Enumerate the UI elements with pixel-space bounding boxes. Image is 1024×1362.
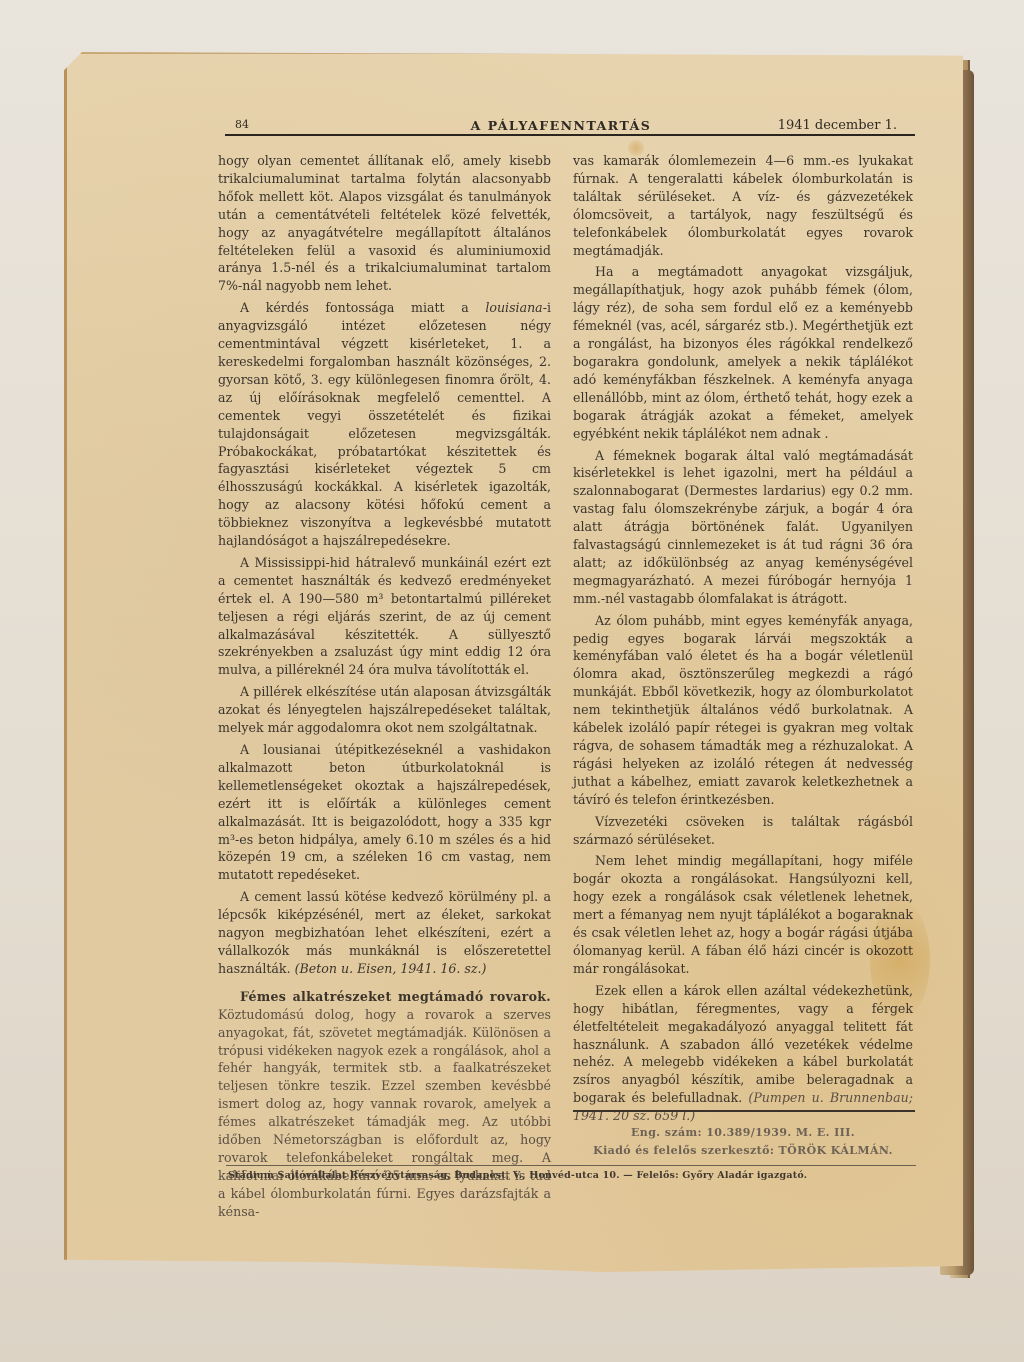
paragraph: vas kamarák ólomlemezein 4—6 mm.-es lyuk… [573, 152, 913, 259]
imprint: Eng. szám: 10.389/1939. M. E. III. Kiadó… [573, 1124, 913, 1160]
paragraph: Az ólom puhább, mint egyes keményfák any… [573, 612, 913, 809]
paragraph-text: Ezek ellen a károk ellen azáltal védekez… [573, 983, 913, 1105]
paragraph: A lousianai útépitkezéseknél a vashidako… [218, 741, 551, 884]
right-column: vas kamarák ólomlemezein 4—6 mm.-es lyuk… [573, 152, 913, 1129]
paragraph: A pillérek elkészítése után alaposan átv… [218, 683, 551, 737]
paragraph: A kérdés fontossága miatt a louisiana-i … [218, 299, 551, 550]
paragraph: A Mississippi-hid hátralevő munkáinál ez… [218, 554, 551, 679]
paragraph: Vízvezetéki csöveken is találtak rágásbó… [573, 813, 913, 849]
paragraph: Ha a megtámadott anyagokat vizsgáljuk, m… [573, 263, 913, 442]
citation: (Beton u. Eisen, 1941. 16. sz.) [295, 961, 487, 976]
issue-date: 1941 december 1. [778, 118, 897, 133]
imprint-rule [573, 1110, 915, 1112]
paragraph: Ezek ellen a károk ellen azáltal védekez… [573, 982, 913, 1125]
paragraph-text: A kérdés fontossága miatt a [240, 300, 485, 315]
header-rule [225, 134, 915, 136]
paragraph-text: -i anyagvizsgáló intézet előzetesen négy… [218, 300, 551, 548]
paragraph: A cement lassú kötése kedvező körülmény … [218, 888, 551, 978]
section-heading: Fémes alkatrészeket megtámadó rovarok. [240, 989, 551, 1004]
printer-footer: Stádium Sajtóvállalat Részvénytársaság, … [228, 1170, 918, 1181]
left-column: hogy olyan cementet állítanak elő, amely… [218, 152, 551, 1225]
paragraph: Nem lehet mindig megállapítani, hogy mif… [573, 852, 913, 977]
paragraph-text: Köztudomású dolog, hogy a rovarok a szer… [218, 1007, 551, 1219]
italic-term: louisiana [485, 300, 542, 315]
permit-number: Eng. szám: 10.389/1939. M. E. III. [573, 1124, 913, 1142]
section: Fémes alkatrészeket megtámadó rovarok. K… [218, 988, 551, 1221]
publisher-line: Kiadó és felelős szerkesztő: TÖRÖK KÁLMÁ… [573, 1142, 913, 1160]
footer-rule [226, 1165, 916, 1166]
paragraph: A fémeknek bogarak által való megtámadás… [573, 447, 913, 608]
paragraph: hogy olyan cementet állítanak elő, amely… [218, 152, 551, 295]
